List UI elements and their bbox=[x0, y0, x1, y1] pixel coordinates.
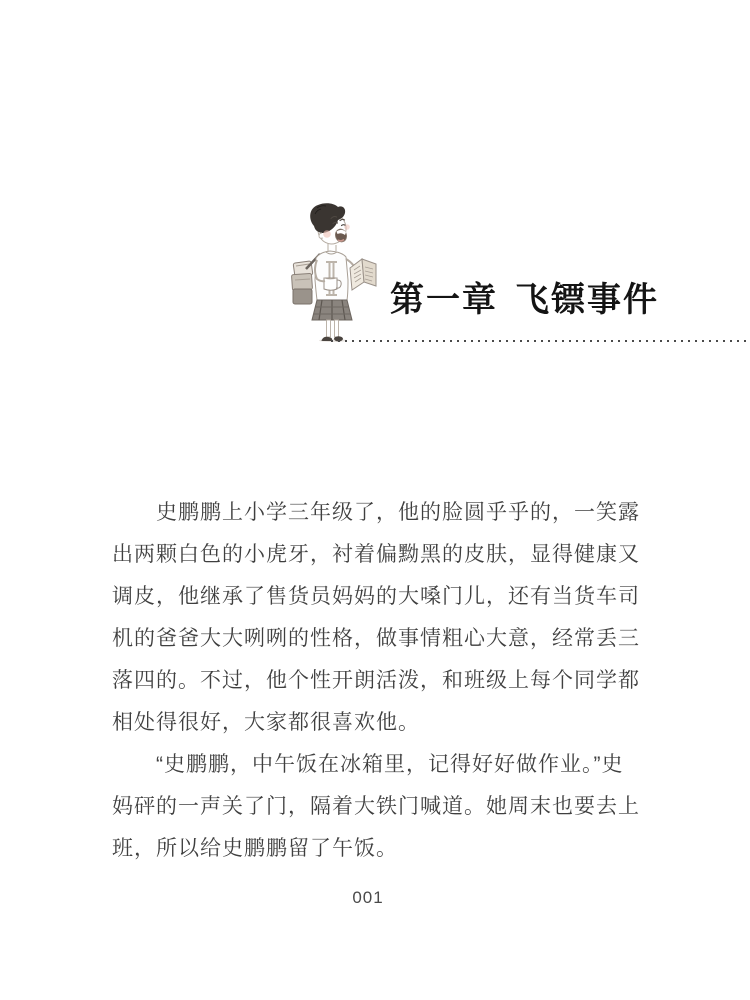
plaid-skirt bbox=[312, 300, 352, 320]
body-text-line: 班，所以给史鹏鹏留了午饭。 bbox=[112, 828, 652, 870]
newspaper bbox=[350, 259, 376, 290]
chapter-number-label: 第一章 bbox=[390, 283, 498, 319]
paragraph: 史鹏鹏上小学三年级了，他的脸圆乎乎的，一笑露 出两颗白色的小虎牙，衬着偏黝黑的皮… bbox=[112, 492, 652, 744]
dotted-divider bbox=[331, 340, 750, 342]
body-text-line: 相处得很好，大家都很喜欢他。 bbox=[112, 702, 652, 744]
paragraph: “史鹏鹏，中午饭在冰箱里，记得好好做作业。”史 妈砰的一声关了门，隔着大铁门喊道… bbox=[112, 744, 652, 870]
page-number: 001 bbox=[0, 888, 736, 908]
body-text-line: 史鹏鹏上小学三年级了，他的脸圆乎乎的，一笑露 bbox=[112, 492, 652, 534]
body-text-line: 机的爸爸大大咧咧的性格，做事情粗心大意，经常丢三 bbox=[112, 618, 652, 660]
legs bbox=[327, 320, 339, 337]
tank-top bbox=[315, 251, 348, 300]
body-text-line: 妈砰的一声关了门，隔着大铁门喊道。她周末也要去上 bbox=[112, 786, 652, 828]
body-text: 史鹏鹏上小学三年级了，他的脸圆乎乎的，一笑露 出两颗白色的小虎牙，衬着偏黝黑的皮… bbox=[112, 492, 652, 870]
boy-illustration bbox=[284, 202, 380, 342]
body-text-line: 调皮，他继承了售货员妈妈的大嗓门儿，还有当货车司 bbox=[112, 576, 652, 618]
body-text-line: 落四的。不过，他个性开朗活泼，和班级上每个同学都 bbox=[112, 660, 652, 702]
book-stack bbox=[291, 261, 312, 304]
body-text-line: 出两颗白色的小虎牙，衬着偏黝黑的皮肤，显得健康又 bbox=[112, 534, 652, 576]
chapter-title: 飞镖事件 bbox=[515, 283, 659, 319]
chapter-header: 第一章 飞镖事件 bbox=[390, 283, 659, 319]
book-page: 第一章 飞镖事件 史鹏鹏上小学三年级了，他的脸圆乎乎的，一笑露 出两颗白色的小虎… bbox=[0, 0, 750, 1000]
blush-left bbox=[323, 230, 331, 238]
body-text-line: “史鹏鹏，中午饭在冰箱里，记得好好做作业。”史 bbox=[112, 744, 652, 786]
